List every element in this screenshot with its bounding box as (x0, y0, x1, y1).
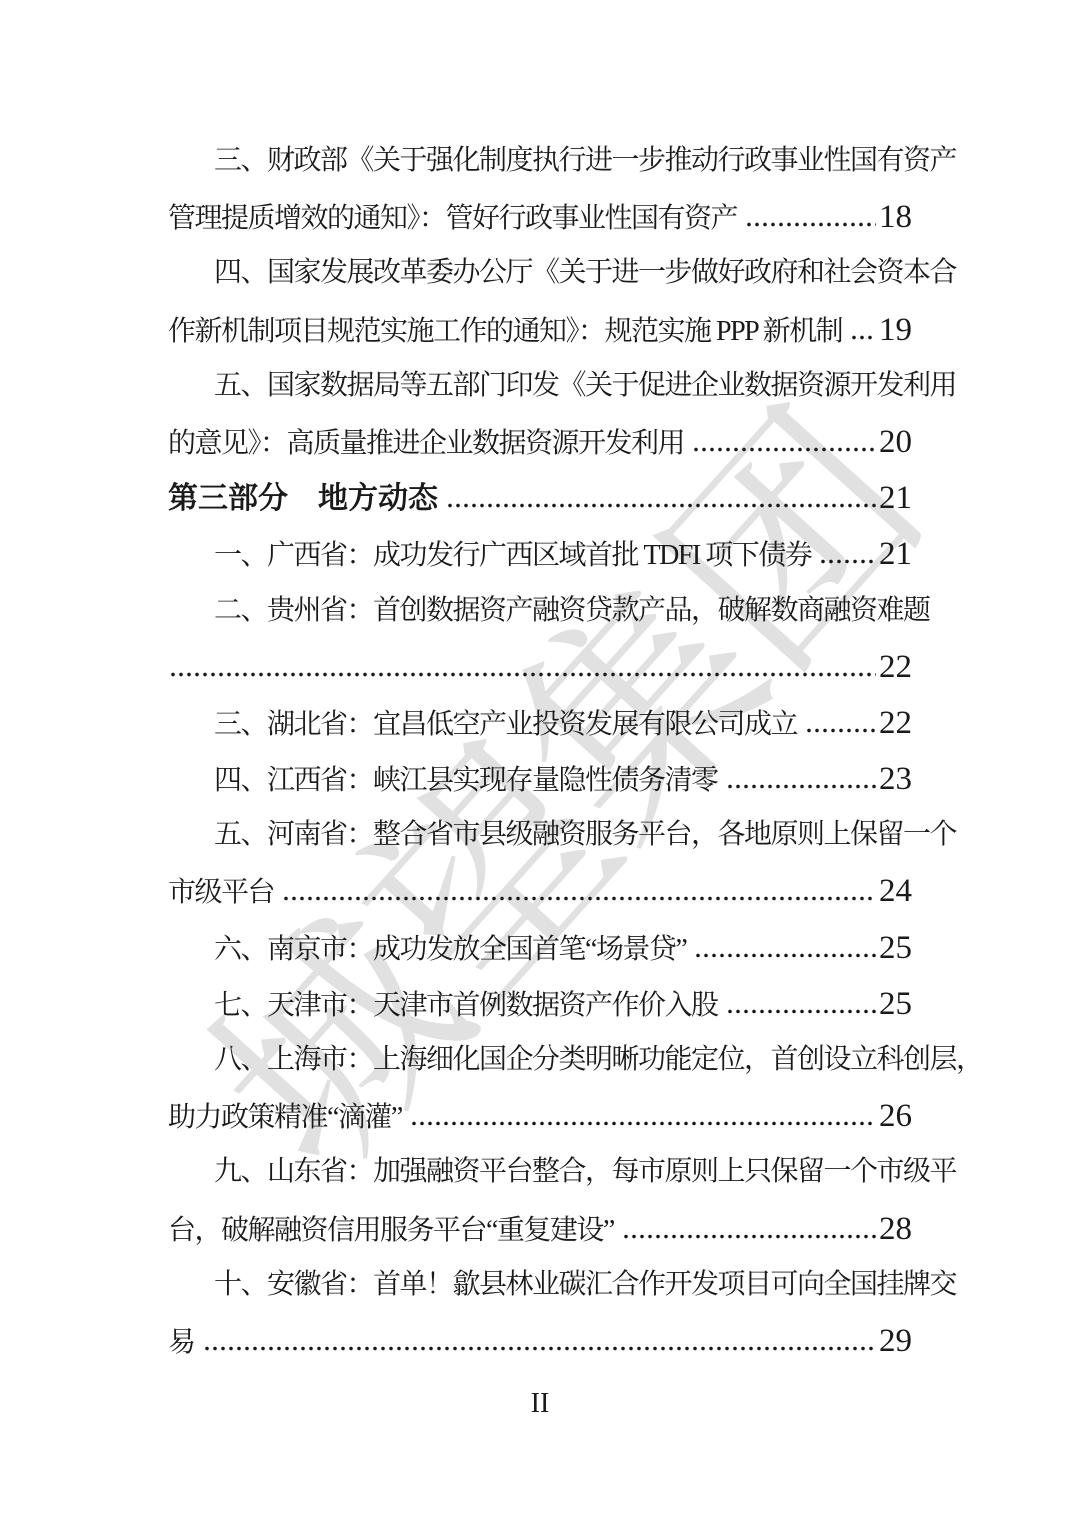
toc-page-number: 25 (879, 920, 912, 976)
toc-entry: 八、上海市：上海细化国企分类明晰功能定位，首创设立科创层，助力政策精准“滴灌”2… (168, 1032, 912, 1144)
toc-line: 七、天津市：天津市首例数据资产作价入股25 (168, 976, 912, 1032)
toc-line: 台，破解融资信用服务平台“重复建设”28 (168, 1201, 912, 1257)
toc-entry-text: 第三部分 地方动态 (168, 471, 438, 527)
toc-page-number: 22 (879, 695, 912, 751)
dot-leader (851, 335, 876, 340)
toc-entry: 四、江西省：峡江县实现存量隐性债务清零23 (168, 751, 912, 807)
document-page: 城望集团 三、财政部《关于强化制度执行进一步推动行政事业性国有资产管理提质增效的… (0, 0, 1080, 1526)
dot-leader (623, 1234, 876, 1239)
toc-page-number: 21 (879, 470, 912, 526)
toc-page-number: 20 (879, 414, 912, 470)
toc-page-number: 24 (879, 863, 912, 919)
dot-leader (746, 222, 876, 227)
toc-entry: 一、广西省：成功发行广西区域首批 TDFI 项下债券21 (168, 526, 912, 582)
dot-leader (693, 447, 876, 452)
dot-leader (447, 503, 876, 508)
toc-entry-text: 市级平台 (168, 865, 274, 921)
toc-entry: 五、国家数据局等五部门印发《关于促进企业数据资源开发利用的意见》：高质量推进企业… (168, 358, 912, 470)
toc-entry-text: 一、广西省：成功发行广西区域首批 TDFI 项下债券 (214, 528, 811, 584)
table-of-contents: 三、财政部《关于强化制度执行进一步推动行政事业性国有资产管理提质增效的通知》：管… (168, 133, 912, 1369)
dot-leader (820, 559, 876, 564)
toc-line: 五、河南省：整合省市县级融资服务平台，各地原则上保留一个 (168, 807, 912, 863)
toc-line: 管理提质增效的通知》：管好行政事业性国有资产18 (168, 189, 912, 245)
toc-line: 四、江西省：峡江县实现存量隐性债务清零23 (168, 751, 912, 807)
dot-leader (411, 1121, 876, 1126)
toc-section-heading: 第三部分 地方动态21 (168, 470, 912, 526)
toc-line: 第三部分 地方动态21 (168, 470, 912, 526)
toc-entry-text: 四、国家发展改革委办公厅《关于进一步做好政府和社会资本合 (214, 245, 956, 301)
toc-entry-text: 助力政策精准“滴灌” (168, 1090, 402, 1146)
toc-page-number: 19 (879, 302, 912, 358)
toc-line: 22 (168, 639, 912, 695)
toc-line: 四、国家发展改革委办公厅《关于进一步做好政府和社会资本合 (168, 245, 912, 301)
dot-leader (727, 784, 876, 789)
toc-entry: 九、山东省：加强融资平台整合，每市原则上只保留一个市级平台，破解融资信用服务平台… (168, 1144, 912, 1256)
dot-leader (695, 953, 876, 958)
toc-page-number: 21 (879, 526, 912, 582)
toc-line: 二、贵州省：首创数据资产融资贷款产品，破解数商融资难题 (168, 583, 912, 639)
toc-page-number: 28 (879, 1201, 912, 1257)
dot-leader (170, 672, 876, 677)
toc-entry-text: 五、河南省：整合省市县级融资服务平台，各地原则上保留一个 (214, 807, 956, 863)
toc-entry-text: 十、安徽省：首单！歙县林业碳汇合作开发项目可向全国挂牌交 (214, 1257, 956, 1313)
toc-entry-text: 四、江西省：峡江县实现存量隐性债务清零 (214, 753, 718, 809)
toc-entry-text: 二、贵州省：首创数据资产融资贷款产品，破解数商融资难题 (214, 583, 930, 639)
dot-leader (727, 1009, 876, 1014)
toc-page-number: 29 (879, 1313, 912, 1369)
toc-entry: 六、南京市：成功发放全国首笔“场景贷”25 (168, 920, 912, 976)
toc-page-number: 25 (879, 976, 912, 1032)
toc-entry-text: 易 (168, 1315, 195, 1371)
dot-leader (806, 728, 876, 733)
toc-line: 市级平台24 (168, 863, 912, 919)
toc-entry: 四、国家发展改革委办公厅《关于进一步做好政府和社会资本合作新机制项目规范实施工作… (168, 245, 912, 357)
toc-entry-text: 八、上海市：上海细化国企分类明晰功能定位，首创设立科创层， (214, 1032, 983, 1088)
toc-entry: 三、湖北省：宜昌低空产业投资发展有限公司成立22 (168, 695, 912, 751)
toc-line: 三、湖北省：宜昌低空产业投资发展有限公司成立22 (168, 695, 912, 751)
toc-line: 三、财政部《关于强化制度执行进一步推动行政事业性国有资产 (168, 133, 912, 189)
toc-entry-text: 三、财政部《关于强化制度执行进一步推动行政事业性国有资产 (214, 133, 956, 189)
toc-line: 十、安徽省：首单！歙县林业碳汇合作开发项目可向全国挂牌交 (168, 1257, 912, 1313)
dot-leader (204, 1346, 876, 1351)
toc-entry-text: 七、天津市：天津市首例数据资产作价入股 (214, 978, 718, 1034)
toc-line: 易29 (168, 1313, 912, 1369)
toc-line: 六、南京市：成功发放全国首笔“场景贷”25 (168, 920, 912, 976)
toc-page-number: 23 (879, 751, 912, 807)
toc-entry-text: 三、湖北省：宜昌低空产业投资发展有限公司成立 (214, 697, 797, 753)
toc-line: 作新机制项目规范实施工作的通知》：规范实施 PPP 新机制19 (168, 302, 912, 358)
toc-line: 五、国家数据局等五部门印发《关于促进企业数据资源开发利用 (168, 358, 912, 414)
toc-line: 一、广西省：成功发行广西区域首批 TDFI 项下债券21 (168, 526, 912, 582)
toc-entry-text: 五、国家数据局等五部门印发《关于促进企业数据资源开发利用 (214, 358, 956, 414)
toc-entry: 七、天津市：天津市首例数据资产作价入股25 (168, 976, 912, 1032)
dot-leader (283, 896, 876, 901)
toc-entry: 十、安徽省：首单！歙县林业碳汇合作开发项目可向全国挂牌交易29 (168, 1257, 912, 1369)
toc-entry: 三、财政部《关于强化制度执行进一步推动行政事业性国有资产管理提质增效的通知》：管… (168, 133, 912, 245)
toc-entry-text: 台，破解融资信用服务平台“重复建设” (168, 1203, 614, 1259)
toc-entry-text: 管理提质增效的通知》：管好行政事业性国有资产 (168, 191, 737, 247)
toc-line: 九、山东省：加强融资平台整合，每市原则上只保留一个市级平 (168, 1144, 912, 1200)
toc-page-number: 26 (879, 1088, 912, 1144)
toc-page-number: 18 (879, 189, 912, 245)
toc-line: 八、上海市：上海细化国企分类明晰功能定位，首创设立科创层， (168, 1032, 912, 1088)
toc-page-number: 22 (879, 639, 912, 695)
toc-entry-text: 作新机制项目规范实施工作的通知》：规范实施 PPP 新机制 (168, 304, 842, 360)
toc-entry-text: 六、南京市：成功发放全国首笔“场景贷” (214, 922, 686, 978)
toc-line: 助力政策精准“滴灌”26 (168, 1088, 912, 1144)
page-number-footer: II (0, 1388, 1080, 1420)
toc-entry: 二、贵州省：首创数据资产融资贷款产品，破解数商融资难题22 (168, 583, 912, 695)
toc-entry-text: 九、山东省：加强融资平台整合，每市原则上只保留一个市级平 (214, 1144, 956, 1200)
toc-entry: 五、河南省：整合省市县级融资服务平台，各地原则上保留一个市级平台24 (168, 807, 912, 919)
toc-entry-text: 的意见》：高质量推进企业数据资源开发利用 (168, 416, 684, 472)
toc-line: 的意见》：高质量推进企业数据资源开发利用20 (168, 414, 912, 470)
